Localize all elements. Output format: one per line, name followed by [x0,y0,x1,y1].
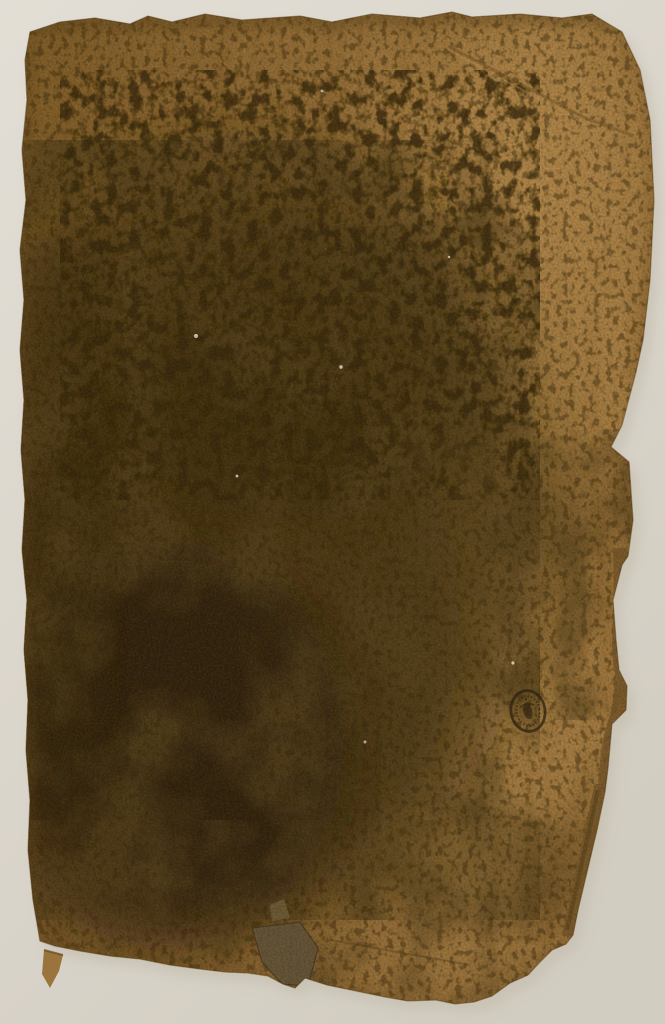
artifact-photograph [0,0,665,1024]
manuscript-leaf-scene [0,0,665,1024]
paper-leaf [0,0,665,1024]
grain-warm [0,0,662,1019]
